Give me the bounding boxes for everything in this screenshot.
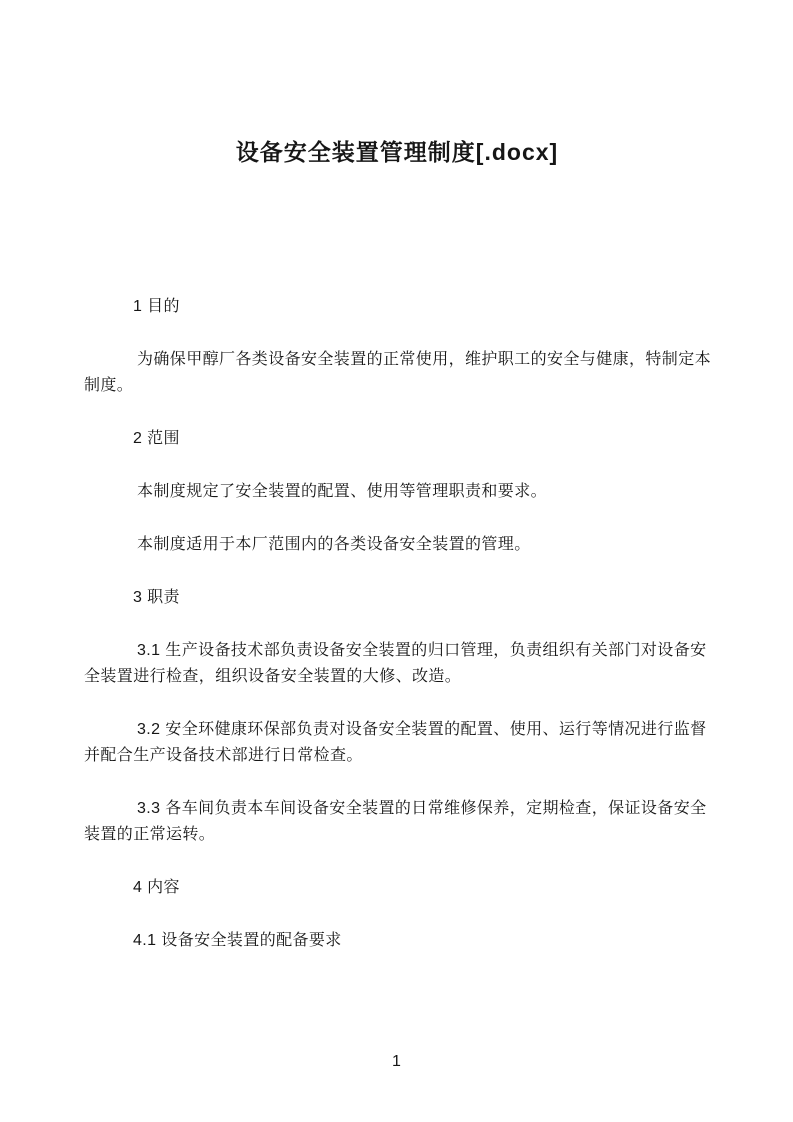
text-line: 为确保甲醇厂各类设备安全装置的正常使用，维护职工的安全与健康，特制定本 xyxy=(84,347,710,373)
document-page: 设备安全装置管理制度[.docx] 1 目的为确保甲醇厂各类设备安全装置的正常使… xyxy=(0,0,793,1122)
text-line: 制度。 xyxy=(84,373,710,399)
section-heading: 2 范围 xyxy=(84,426,710,452)
section-heading: 4 内容 xyxy=(84,875,710,901)
text-line: 并配合生产设备技术部进行日常检查。 xyxy=(84,743,710,769)
text-line: 1 目的 xyxy=(84,294,710,320)
text-line: 3.2 安全环健康环保部负责对设备安全装置的配置、使用、运行等情况进行监督 xyxy=(84,717,710,743)
text-line: 全装置进行检查，组织设备安全装置的大修、改造。 xyxy=(84,664,710,690)
text-line: 2 范围 xyxy=(84,426,710,452)
text-line: 3 职责 xyxy=(84,585,710,611)
text-line: 4.1 设备安全装置的配备要求 xyxy=(84,928,710,954)
text-line: 装置的正常运转。 xyxy=(84,822,710,848)
paragraph: 3.3 各车间负责本车间设备安全装置的日常维修保养，定期检查，保证设备安全装置的… xyxy=(84,796,710,848)
paragraph: 3.1 生产设备技术部负责设备安全装置的归口管理，负责组织有关部门对设备安全装置… xyxy=(84,638,710,690)
section-heading: 3 职责 xyxy=(84,585,710,611)
page-number: 1 xyxy=(0,1052,793,1072)
paragraph: 为确保甲醇厂各类设备安全装置的正常使用，维护职工的安全与健康，特制定本制度。 xyxy=(84,347,710,399)
section-heading: 1 目的 xyxy=(84,294,710,320)
document-content: 设备安全装置管理制度[.docx] 1 目的为确保甲醇厂各类设备安全装置的正常使… xyxy=(84,0,710,981)
text-line: 本制度规定了安全装置的配置、使用等管理职责和要求。 xyxy=(84,479,710,505)
text-line: 本制度适用于本厂范围内的各类设备安全装置的管理。 xyxy=(84,532,710,558)
paragraph: 本制度适用于本厂范围内的各类设备安全装置的管理。 xyxy=(84,532,710,558)
paragraph: 3.2 安全环健康环保部负责对设备安全装置的配置、使用、运行等情况进行监督并配合… xyxy=(84,717,710,769)
document-body: 1 目的为确保甲醇厂各类设备安全装置的正常使用，维护职工的安全与健康，特制定本制… xyxy=(84,294,710,954)
paragraph: 本制度规定了安全装置的配置、使用等管理职责和要求。 xyxy=(84,479,710,505)
section-heading: 4.1 设备安全装置的配备要求 xyxy=(84,928,710,954)
text-line: 3.1 生产设备技术部负责设备安全装置的归口管理，负责组织有关部门对设备安 xyxy=(84,638,710,664)
document-title: 设备安全装置管理制度[.docx] xyxy=(84,0,710,165)
text-line: 4 内容 xyxy=(84,875,710,901)
text-line: 3.3 各车间负责本车间设备安全装置的日常维修保养，定期检查，保证设备安全 xyxy=(84,796,710,822)
